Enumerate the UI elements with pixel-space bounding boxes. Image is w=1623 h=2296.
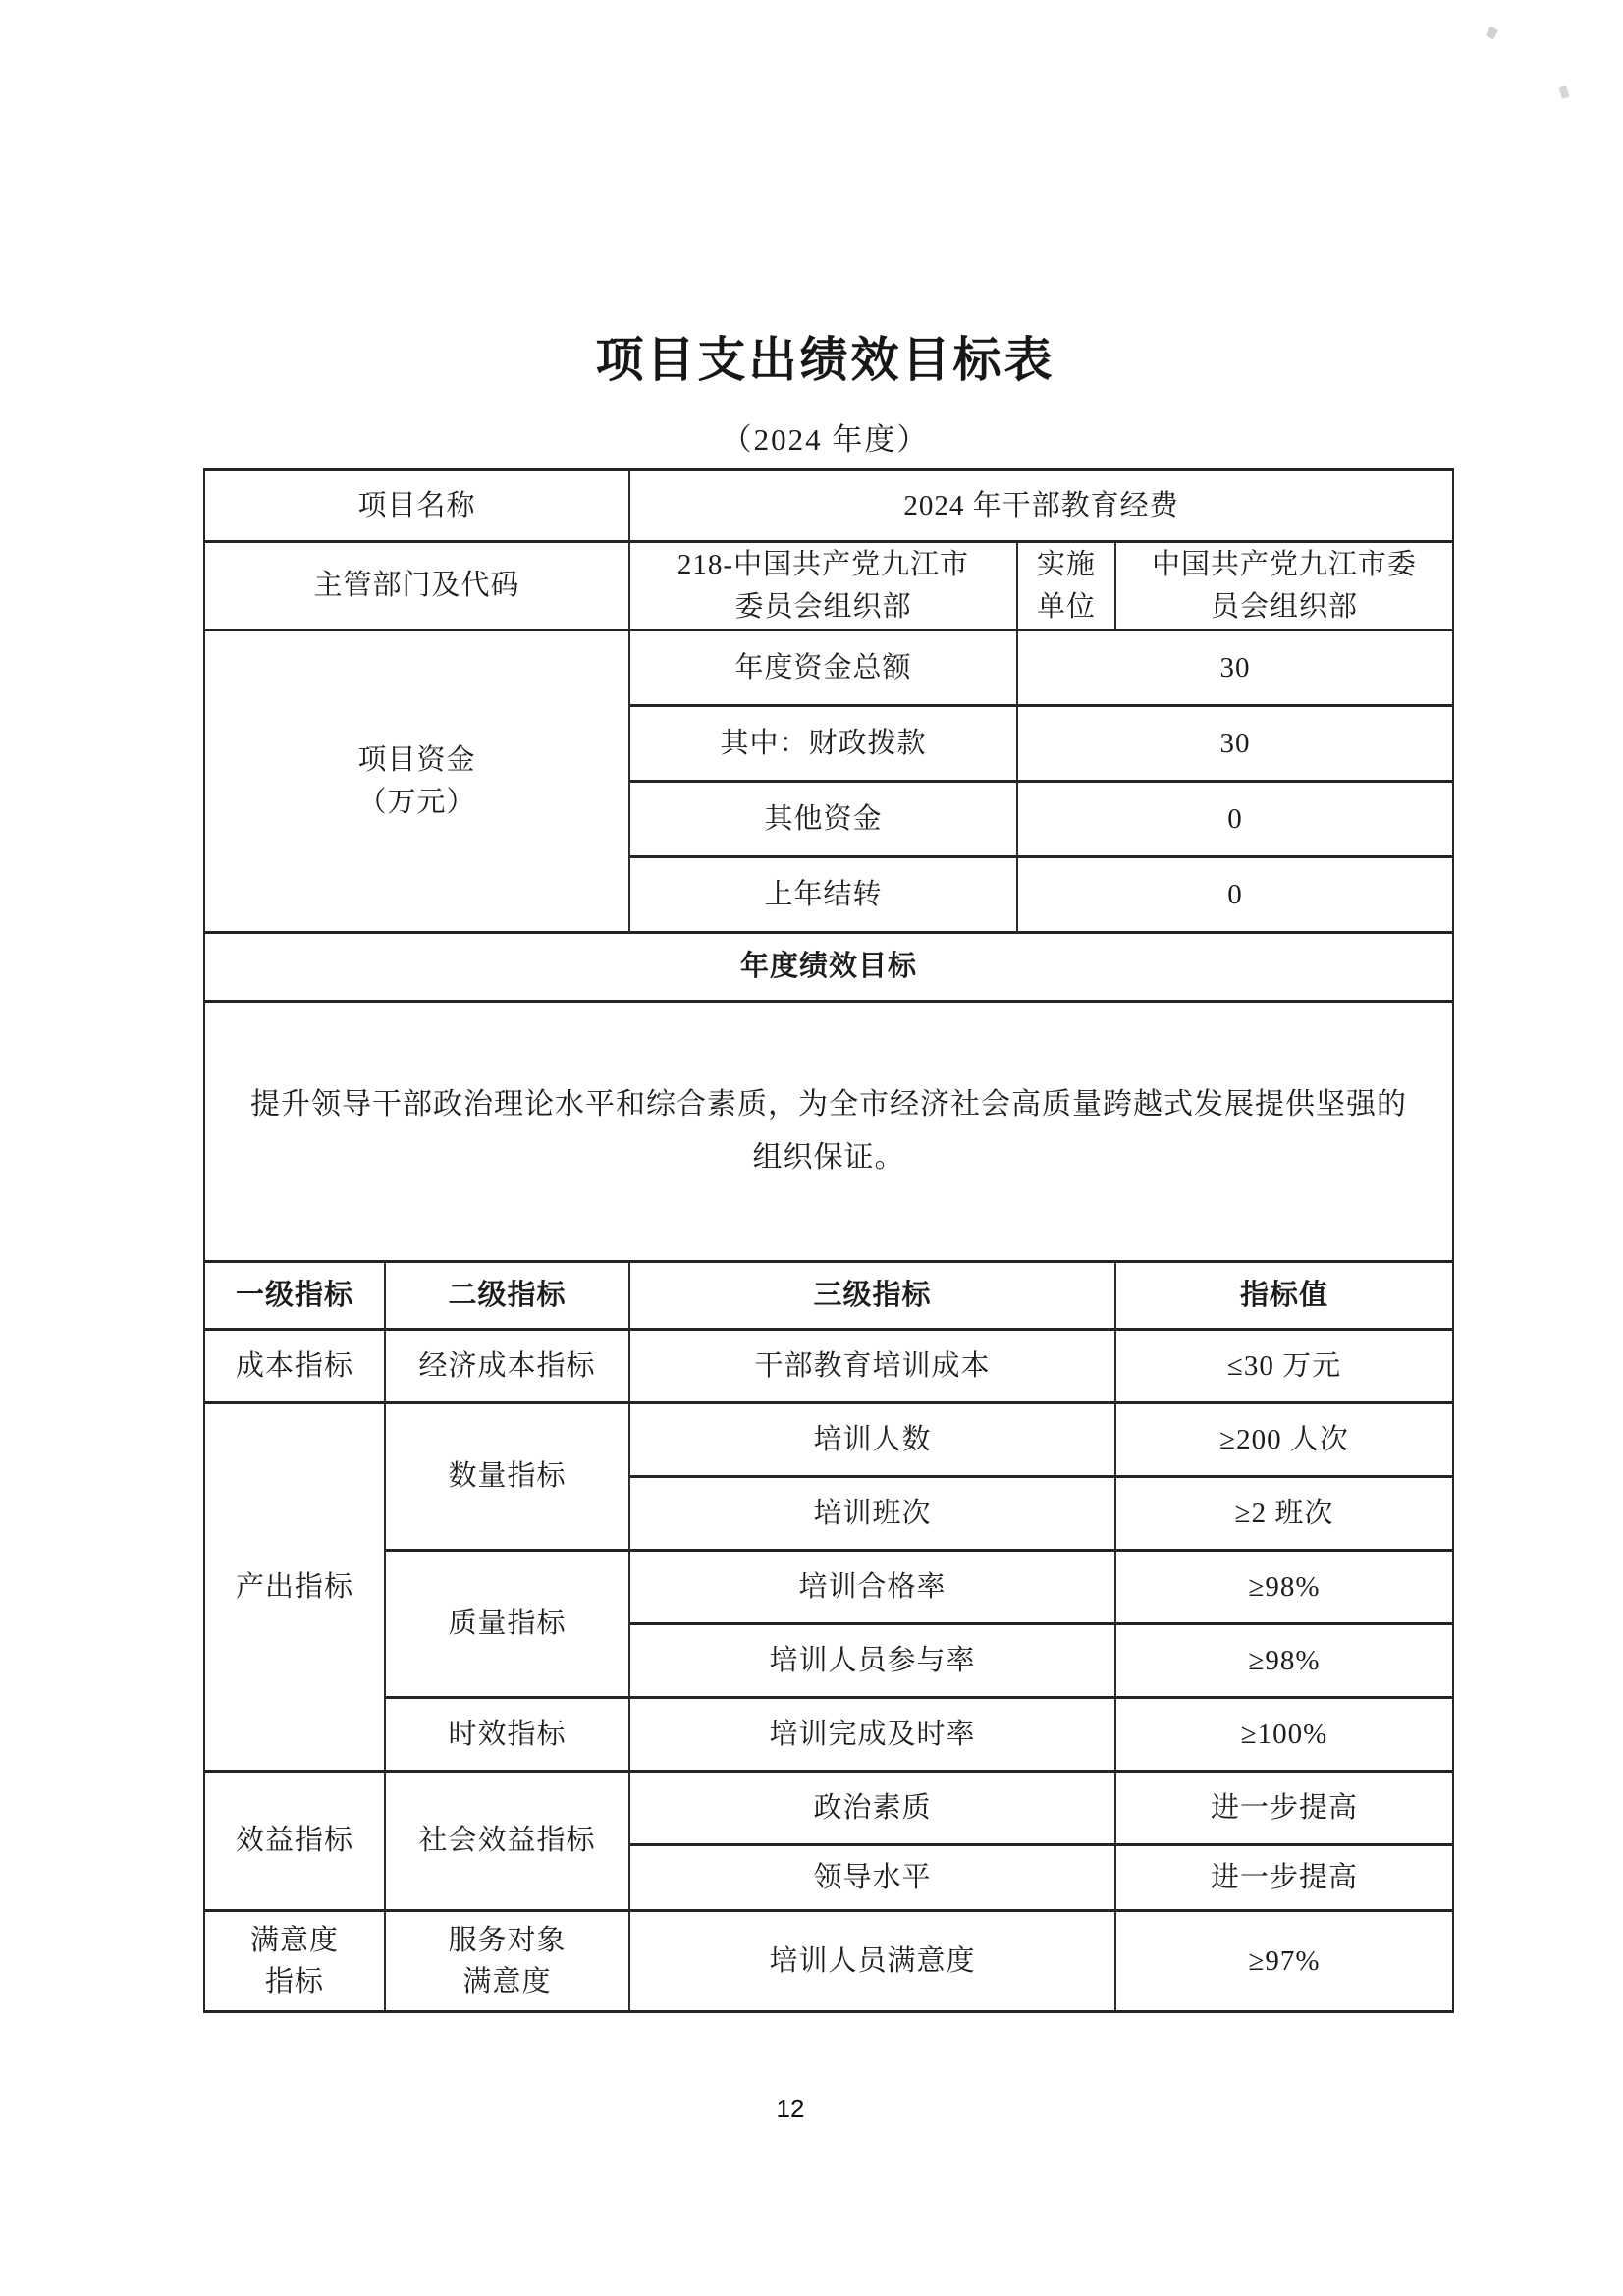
fund-row-value: 30	[1018, 631, 1452, 707]
quantity-row-l3: 培训班次	[630, 1478, 1116, 1552]
indicator-header-level1: 一级指标	[205, 1263, 386, 1331]
dept-value-line2: 委员会组织部	[734, 586, 911, 628]
quantity-row-value: ≥200 人次	[1116, 1404, 1452, 1478]
benefit-row-l3: 政治素质	[630, 1773, 1116, 1846]
satisfaction-l2: 服务对象 满意度	[386, 1912, 630, 2010]
quality-row-l3: 培训人员参与率	[630, 1625, 1116, 1699]
benefit-row-l3: 领导水平	[630, 1846, 1116, 1912]
impl-unit-value-line2: 员会组织部	[1211, 586, 1358, 628]
impl-unit-label-line1: 实施	[1037, 544, 1096, 585]
fund-row-value: 0	[1018, 783, 1452, 858]
quantity-l2: 数量指标	[386, 1404, 630, 1552]
impl-unit-value-line1: 中国共产党九江市委	[1152, 544, 1417, 585]
page-subtitle: （2024 年度）	[27, 414, 1623, 459]
satisfaction-l2-line2: 满意度	[462, 1961, 551, 2002]
dept-value-line1: 218-中国共产党九江市	[677, 544, 969, 585]
project-name-value: 2024 年干部教育经费	[630, 471, 1452, 543]
benefit-l2: 社会效益指标	[386, 1773, 630, 1912]
fund-row-label: 年度资金总额	[630, 631, 1018, 707]
indicator-header-level3: 三级指标	[630, 1263, 1116, 1331]
timeliness-row-value: ≥100%	[1116, 1699, 1452, 1773]
impl-unit-label: 实施 单位	[1018, 543, 1116, 631]
page-number: 12	[0, 2094, 1581, 2124]
satisfaction-l1: 满意度 指标	[205, 1912, 386, 2010]
cost-l2: 经济成本指标	[386, 1331, 630, 1404]
dept-value: 218-中国共产党九江市 委员会组织部	[630, 543, 1018, 631]
fund-row-value: 30	[1018, 707, 1452, 783]
fund-row-label: 上年结转	[630, 858, 1018, 934]
fund-row-value: 0	[1018, 858, 1452, 934]
quality-row-value: ≥98%	[1116, 1552, 1452, 1625]
fund-label: 项目资金 （万元）	[205, 631, 630, 934]
cost-value: ≤30 万元	[1116, 1331, 1452, 1404]
satisfaction-l1-line1: 满意度	[250, 1920, 339, 1961]
project-name-label: 项目名称	[205, 471, 630, 543]
fund-row-label: 其中：财政拨款	[630, 707, 1018, 783]
fund-label-line2: （万元）	[357, 782, 475, 823]
benefit-row-value: 进一步提高	[1116, 1846, 1452, 1912]
scan-speck	[1486, 27, 1498, 40]
dept-label: 主管部门及代码	[205, 543, 630, 631]
annual-goal-header: 年度绩效目标	[205, 934, 1452, 1003]
satisfaction-value: ≥97%	[1116, 1912, 1452, 2010]
fund-row-label: 其他资金	[630, 783, 1018, 858]
satisfaction-l1-line2: 指标	[265, 1961, 324, 2002]
quality-row-value: ≥98%	[1116, 1625, 1452, 1699]
indicator-header-level2: 二级指标	[386, 1263, 630, 1331]
output-l1: 产出指标	[205, 1404, 386, 1773]
scan-speck	[1558, 85, 1569, 99]
benefit-l1: 效益指标	[205, 1773, 386, 1912]
quality-row-l3: 培训合格率	[630, 1552, 1116, 1625]
page-title: 项目支出绩效目标表	[27, 322, 1623, 391]
impl-unit-label-line2: 单位	[1037, 586, 1096, 628]
quantity-row-value: ≥2 班次	[1116, 1478, 1452, 1552]
satisfaction-l2-line1: 服务对象	[448, 1920, 566, 1961]
performance-target-table: 项目名称 2024 年干部教育经费 主管部门及代码 218-中国共产党九江市 委…	[203, 468, 1454, 2013]
satisfaction-l3: 培训人员满意度	[630, 1912, 1116, 2010]
timeliness-l2: 时效指标	[386, 1699, 630, 1773]
cost-l3: 干部教育培训成本	[630, 1331, 1116, 1404]
quality-l2: 质量指标	[386, 1552, 630, 1699]
indicator-header-value: 指标值	[1116, 1263, 1452, 1331]
annual-goal-text: 提升领导干部政治理论水平和综合素质，为全市经济社会高质量跨越式发展提供坚强的组织…	[205, 1003, 1452, 1263]
fund-label-line1: 项目资金	[357, 739, 475, 781]
cost-l1: 成本指标	[205, 1331, 386, 1404]
benefit-row-value: 进一步提高	[1116, 1773, 1452, 1846]
quantity-row-l3: 培训人数	[630, 1404, 1116, 1478]
impl-unit-value: 中国共产党九江市委 员会组织部	[1116, 543, 1452, 631]
timeliness-row-l3: 培训完成及时率	[630, 1699, 1116, 1773]
